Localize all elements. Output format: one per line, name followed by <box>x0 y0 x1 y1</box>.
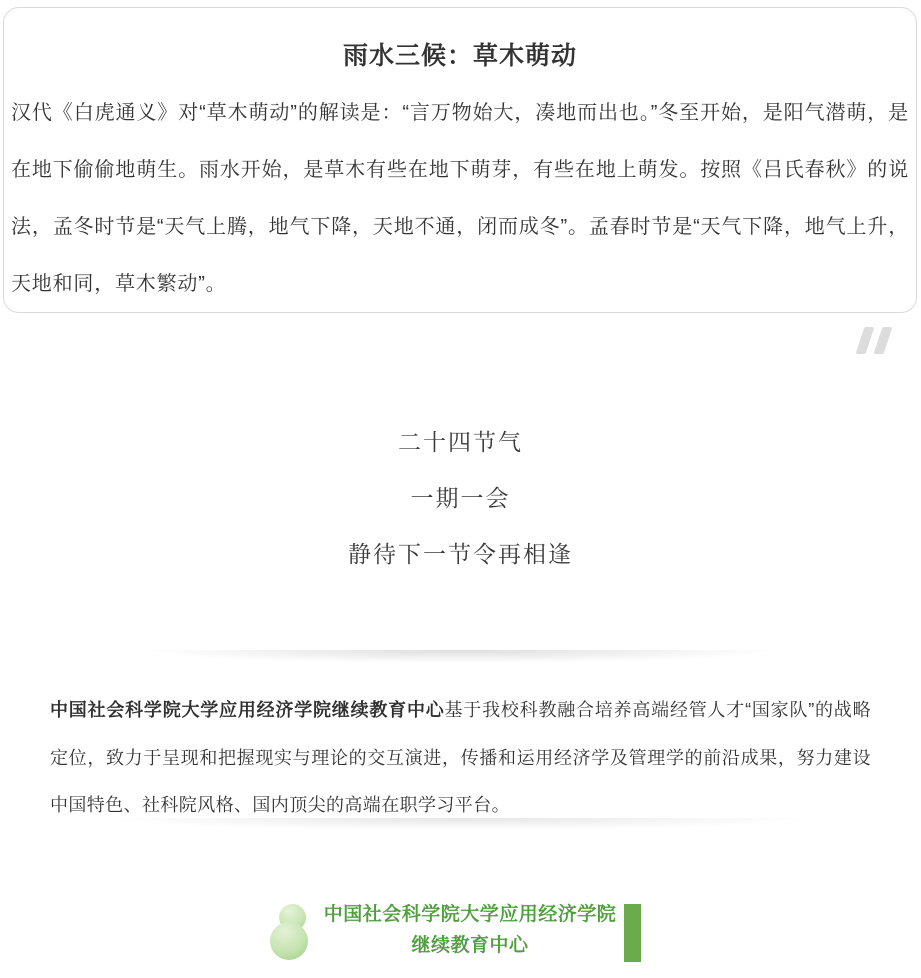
quote-bar-right-icon <box>874 327 893 354</box>
double-quote-icon <box>852 327 888 355</box>
green-accent-bar <box>624 904 641 962</box>
footer-org-line-2: 继续教育中心 <box>300 930 640 961</box>
about-paragraph: 中国社会科学院大学应用经济学院继续教育中心基于我校科教融合培养高端经管人才“国家… <box>50 687 871 830</box>
closing-line-1: 二十四节气 <box>0 414 921 470</box>
quote-bar-left-icon <box>856 327 875 354</box>
shadow-divider-top <box>28 650 893 664</box>
solar-term-card: 雨水三候：草木萌动 汉代《白虎通义》对“草木萌动”的解读是：“言万物始大，凑地而… <box>3 7 917 313</box>
shadow-divider-bottom <box>0 818 921 830</box>
closing-lines: 二十四节气 一期一会 静待下一节令再相逢 <box>0 414 921 582</box>
article-page: { "card": { "title": "雨水三候：草木萌动", "body"… <box>0 0 921 978</box>
footer-brand: 中国社会科学院大学应用经济学院 继续教育中心 <box>0 897 921 967</box>
closing-line-2: 一期一会 <box>0 470 921 526</box>
card-body-paragraph: 汉代《白虎通义》对“草木萌动”的解读是：“言万物始大，凑地而出也。”冬至开始，是… <box>4 85 916 313</box>
about-org-name: 中国社会科学院大学应用经济学院继续教育中心 <box>50 700 445 720</box>
footer-org-name: 中国社会科学院大学应用经济学院 继续教育中心 <box>300 899 640 961</box>
card-title: 雨水三候：草木萌动 <box>4 41 916 71</box>
closing-line-3: 静待下一节令再相逢 <box>0 526 921 582</box>
footer-org-line-1: 中国社会科学院大学应用经济学院 <box>300 899 640 930</box>
